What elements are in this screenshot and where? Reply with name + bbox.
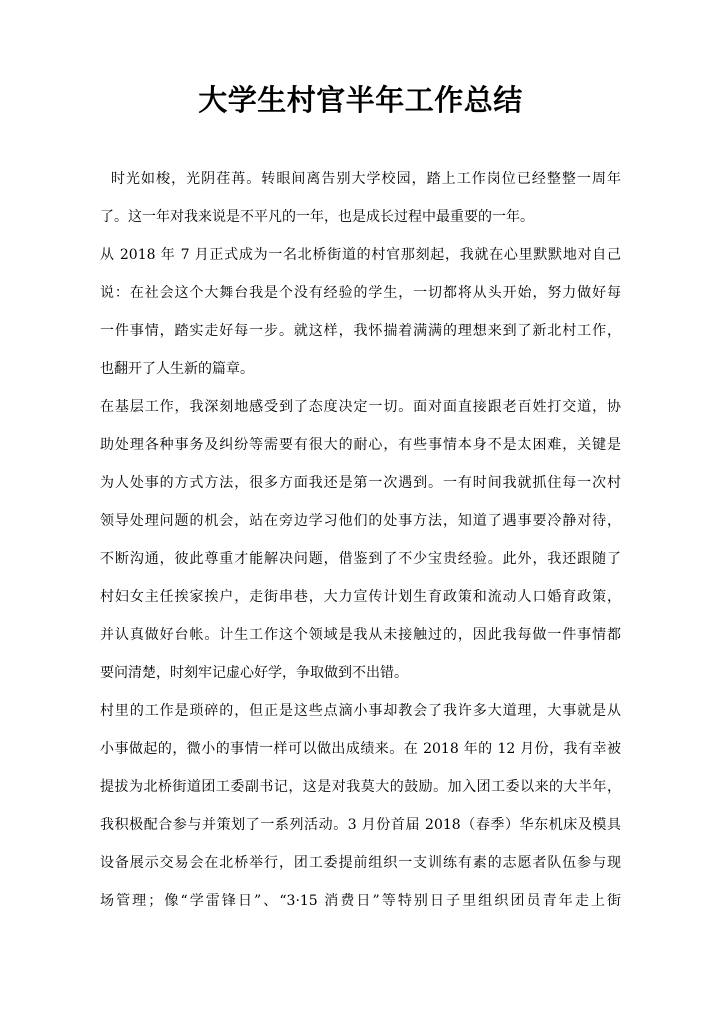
paragraph: 时光如梭，光阴荏苒。转眼间离告别大学校园，踏上工作岗位已经整整一周年了。这一年对…	[100, 160, 621, 236]
paragraph: 村里的工作是琐碎的，但正是这些点滴小事却教会了我许多大道理，大事就是从小事做起的…	[100, 692, 621, 920]
document-body: 时光如梭，光阴荏苒。转眼间离告别大学校园，踏上工作岗位已经整整一周年了。这一年对…	[100, 160, 621, 920]
text-line: 时光如梭，光阴荏苒。转眼间离告别大学校园，踏上工作岗位已经整整一周年	[100, 160, 621, 198]
text-line: 一件事情，踏实走好每一步。就这样，我怀揣着满满的理想来到了新北村工作，	[100, 312, 621, 350]
document-content: 大学生村官半年工作总结 时光如梭，光阴荏苒。转眼间离告别大学校园，踏上工作岗位已…	[100, 0, 621, 920]
text-line: 为人处事的方式方法，很多方面我还是第一次遇到。一有时间我就抓住每一次村	[100, 464, 621, 502]
text-line: 说：在社会这个大舞台我是个没有经验的学生，一切都将从头开始，努力做好每	[100, 274, 621, 312]
text-line: 小事做起的，微小的事情一样可以做出成绩来。在 2018 年的 12 月份，我有幸…	[100, 730, 621, 768]
document-title: 大学生村官半年工作总结	[100, 82, 621, 118]
text-line: 我积极配合参与并策划了一系列活动。3 月份首届 2018（春季）华东机床及模具	[100, 806, 621, 844]
text-line: 提拔为北桥街道团工委副书记，这是对我莫大的鼓励。加入团工委以来的大半年，	[100, 768, 621, 806]
text-line: 场管理；像“学雷锋日”、“3·15 消费日”等特别日子里组织团员青年走上街	[100, 882, 621, 920]
text-line: 设备展示交易会在北桥举行，团工委提前组织一支训练有素的志愿者队伍参与现	[100, 844, 621, 882]
document-page: 大学生村官半年工作总结 时光如梭，光阴荏苒。转眼间离告别大学校园，踏上工作岗位已…	[0, 0, 721, 1020]
text-line: 在基层工作，我深刻地感受到了态度决定一切。面对面直接跟老百姓打交道，协	[100, 388, 621, 426]
text-line: 领导处理问题的机会，站在旁边学习他们的处事方法，知道了遇事要冷静对待，	[100, 502, 621, 540]
paragraph: 从 2018 年 7 月正式成为一名北桥街道的村官那刻起，我就在心里默默地对自己…	[100, 236, 621, 388]
text-line: 了。这一年对我来说是不平凡的一年，也是成长过程中最重要的一年。	[100, 198, 621, 236]
text-line: 助处理各种事务及纠纷等需要有很大的耐心，有些事情本身不是太困难，关键是	[100, 426, 621, 464]
text-line: 并认真做好台帐。计生工作这个领域是我从未接触过的，因此我每做一件事情都	[100, 616, 621, 654]
text-line: 也翻开了人生新的篇章。	[100, 350, 621, 388]
text-line: 村妇女主任挨家挨户，走街串巷，大力宣传计划生育政策和流动人口婚育政策，	[100, 578, 621, 616]
text-line: 要问清楚，时刻牢记虚心好学，争取做到不出错。	[100, 654, 621, 692]
text-line: 从 2018 年 7 月正式成为一名北桥街道的村官那刻起，我就在心里默默地对自己	[100, 236, 621, 274]
text-line: 村里的工作是琐碎的，但正是这些点滴小事却教会了我许多大道理，大事就是从	[100, 692, 621, 730]
paragraph: 在基层工作，我深刻地感受到了态度决定一切。面对面直接跟老百姓打交道，协助处理各种…	[100, 388, 621, 692]
text-line: 不断沟通，彼此尊重才能解决问题，借鉴到了不少宝贵经验。此外，我还跟随了	[100, 540, 621, 578]
